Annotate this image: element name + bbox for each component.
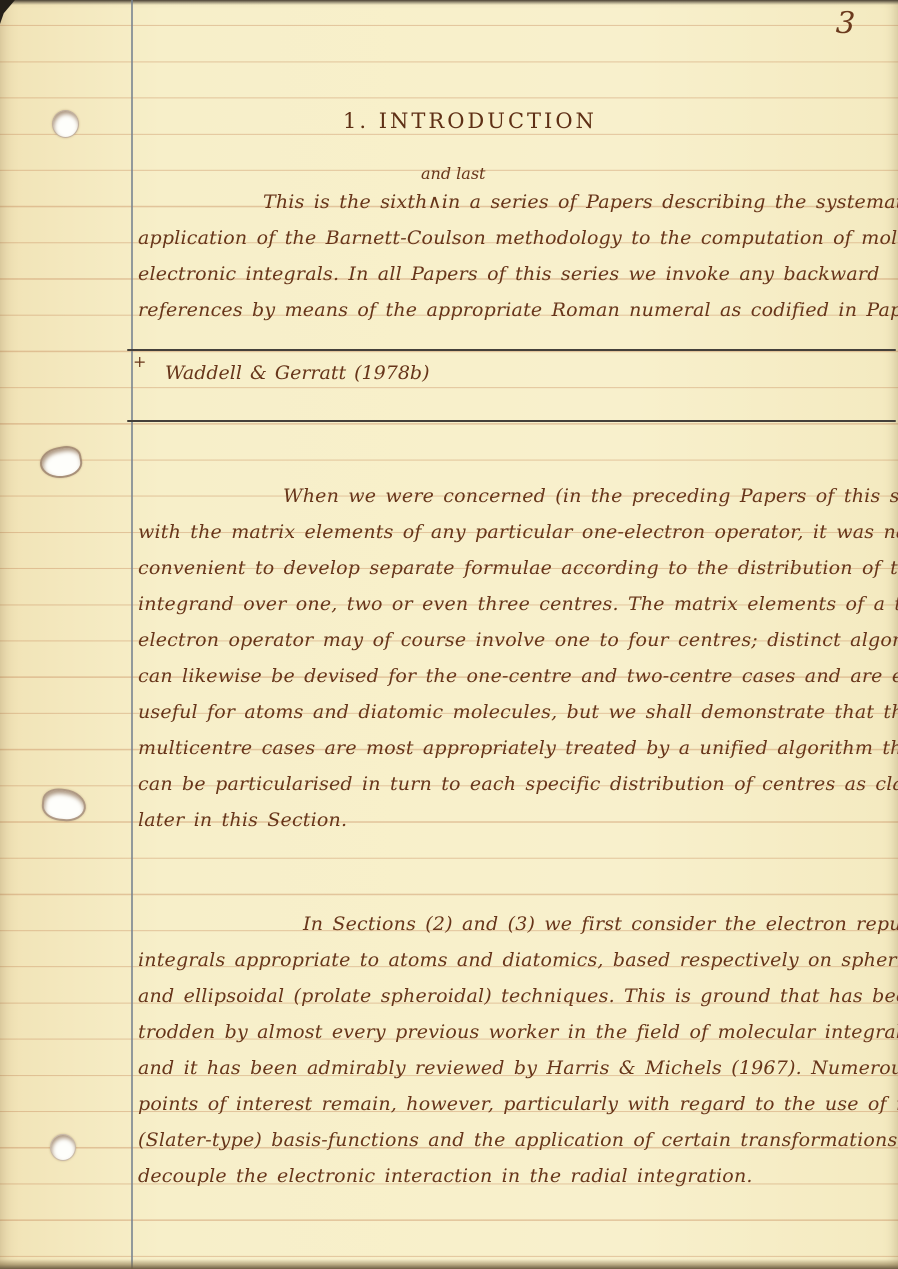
punch-hole <box>52 110 79 138</box>
punch-hole <box>40 787 87 823</box>
punch-hole <box>38 444 85 482</box>
handwritten-line: (Slater-type) basis-functions and the ap… <box>138 1122 896 1158</box>
inserted-text: and last <box>421 164 485 183</box>
handwritten-line: application of the Barnett-Coulson metho… <box>138 220 896 256</box>
handwritten-line: useful for atoms and diatomic molecules,… <box>138 694 896 730</box>
handwritten-line: decouple the electronic interaction in t… <box>138 1158 896 1194</box>
page-bottom-edge <box>0 1259 898 1269</box>
paragraph-1: This is the sixth∧in a series of Papers … <box>138 184 896 328</box>
handwritten-line: multicentre cases are most appropriately… <box>138 730 896 766</box>
handwritten-line: This is the sixth∧in a series of Papers … <box>138 184 896 220</box>
handwritten-line: integrals appropriate to atoms and diato… <box>138 942 896 978</box>
page-number: 3 <box>835 6 856 42</box>
footnote-rule-top <box>127 349 896 351</box>
handwritten-line: convenient to develop separate formulae … <box>138 550 896 586</box>
notebook-page: 3 1. INTRODUCTION and last This is the s… <box>0 0 898 1269</box>
footnote-text: Waddell & Gerratt (1978b) <box>165 362 430 384</box>
handwritten-line: integrand over one, two or even three ce… <box>138 586 896 622</box>
paragraph-2: When we were concerned (in the preceding… <box>138 478 896 838</box>
handwritten-line: can be particularised in turn to each sp… <box>138 766 896 802</box>
page-top-edge <box>0 0 898 5</box>
section-title: 1. INTRODUCTION <box>343 109 597 133</box>
handwritten-line: electron operator may of course involve … <box>138 622 896 658</box>
handwritten-line: references by means of the appropriate R… <box>138 292 896 328</box>
handwritten-line: with the matrix elements of any particul… <box>138 514 896 550</box>
margin-rule <box>131 0 133 1269</box>
handwritten-line: trodden by almost every previous worker … <box>138 1014 896 1050</box>
handwritten-line: When we were concerned (in the preceding… <box>138 478 896 514</box>
footnote-dagger: + <box>133 352 146 371</box>
handwritten-line: can likewise be devised for the one-cent… <box>138 658 896 694</box>
handwritten-line: points of interest remain, however, part… <box>138 1086 896 1122</box>
handwritten-line: electronic integrals. In all Papers of t… <box>138 256 896 292</box>
paragraph-3: In Sections (2) and (3) we first conside… <box>138 906 896 1194</box>
handwritten-line: and ellipsoidal (prolate spheroidal) tec… <box>138 978 896 1014</box>
handwritten-line: and it has been admirably reviewed by Ha… <box>138 1050 896 1086</box>
handwritten-line: In Sections (2) and (3) we first conside… <box>138 906 896 942</box>
footnote-rule-bottom <box>127 420 896 422</box>
punch-hole <box>50 1134 76 1161</box>
handwritten-line: later in this Section. <box>138 802 896 838</box>
